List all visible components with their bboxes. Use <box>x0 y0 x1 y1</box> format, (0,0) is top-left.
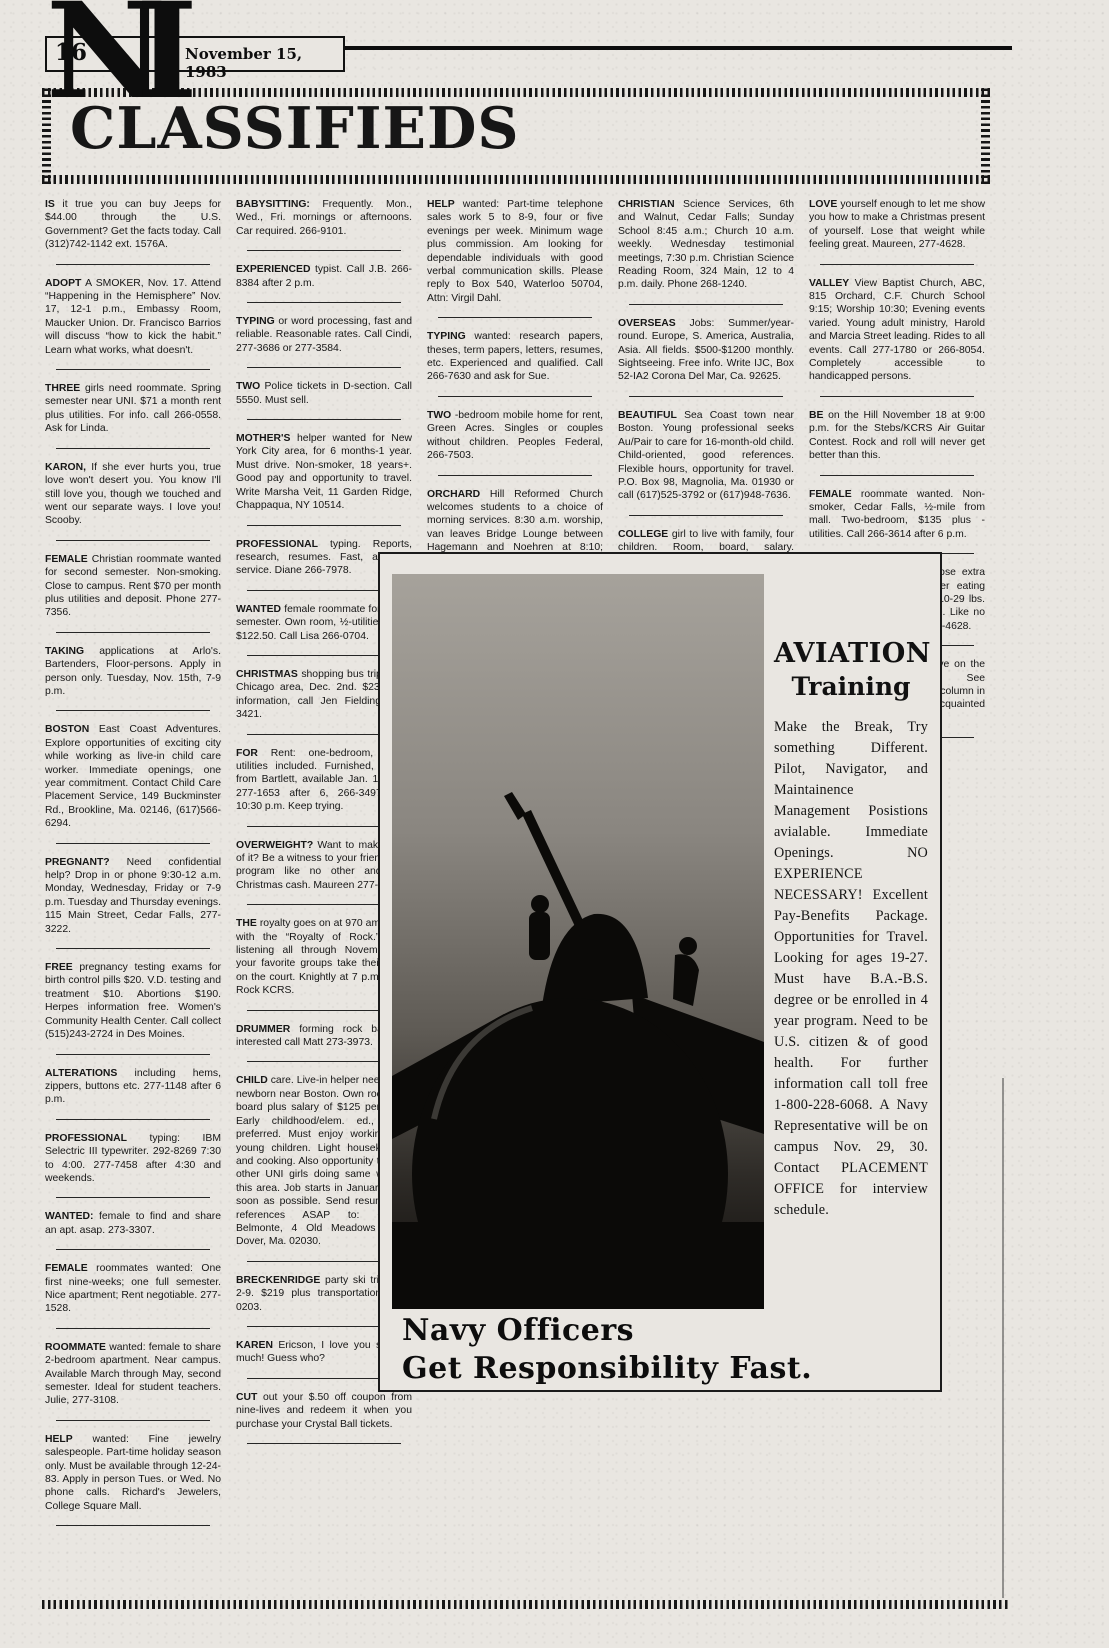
ad-separator <box>820 475 973 476</box>
classified-ad: TWO Police tickets in D-section. Call 55… <box>236 380 412 407</box>
ad-text: East Coast Adventures. Explore opportuni… <box>45 724 221 829</box>
classified-ad: CUT out your $.50 off coupon from nine-l… <box>236 1391 412 1431</box>
header-rule <box>341 46 1012 50</box>
ad-separator <box>56 632 209 633</box>
ad-separator <box>56 948 209 949</box>
ad-lead-word: KAREN <box>236 1340 273 1351</box>
ad-lead-word: PROFESSIONAL <box>236 539 318 550</box>
ad-separator <box>438 475 591 476</box>
ad-text: wanted: Part-time telephone sales work 5… <box>427 199 603 304</box>
ad-lead-word: WANTED <box>236 604 281 615</box>
ad-lead-word: CUT <box>236 1392 257 1403</box>
ad-lead-word: CHRISTIAN <box>618 199 675 210</box>
classified-ad: TAKING applications at Arlo's. Bartender… <box>45 645 221 699</box>
classified-ad: BE on the Hill November 18 at 9:00 p.m. … <box>809 409 985 463</box>
ad-separator <box>247 419 400 420</box>
hatch-border-bottom <box>42 175 990 184</box>
ad-separator <box>629 304 782 305</box>
classified-ad: ADOPT A SMOKER, Nov. 17. Attend “Happeni… <box>45 277 221 357</box>
ad-separator <box>820 264 973 265</box>
ad-lead-word: IS <box>45 199 55 210</box>
ad-separator <box>56 540 209 541</box>
ad-lead-word: CHRISTMAS <box>236 669 298 680</box>
ad-lead-word: FOR <box>236 748 258 759</box>
ad-lead-word: PROFESSIONAL <box>45 1133 127 1144</box>
classified-ad: TYPING wanted: research papers, theses, … <box>427 330 603 384</box>
classified-ad: FEMALE Christian roommate wanted for sec… <box>45 553 221 620</box>
navy-caption-line2: Get Responsibility Fast. <box>402 1350 812 1388</box>
ni-logo-letter-i: I <box>136 0 198 118</box>
classified-ad: HELP wanted: Part-time telephone sales w… <box>427 198 603 305</box>
ad-text: Police tickets in D-section. Call 5550. … <box>236 381 412 405</box>
ad-text: Need confidential help? Drop in or phone… <box>45 857 221 935</box>
ad-lead-word: FEMALE <box>45 554 88 565</box>
page-date: November 15, 1983 <box>185 45 343 81</box>
ad-separator <box>247 1443 400 1444</box>
classified-ad: KARON, If she ever hurts you, true love … <box>45 461 221 528</box>
page-edge-line <box>1002 1078 1004 1598</box>
ad-separator <box>629 396 782 397</box>
classified-ad: TYPING or word processing, fast and reli… <box>236 315 412 355</box>
aircraft-silhouette-illustration <box>392 574 764 1309</box>
ad-separator <box>247 250 400 251</box>
ad-text: Sea Coast town near Boston. Young profes… <box>618 410 794 501</box>
ad-separator <box>247 367 400 368</box>
ad-text: wanted: Fine jewelry salespeople. Part-t… <box>45 1434 221 1512</box>
classified-ad: CHRISTIAN Science Services, 6th and Waln… <box>618 198 794 292</box>
ad-separator <box>56 843 209 844</box>
classified-ad: HELP wanted: Fine jewelry salespeople. P… <box>45 1433 221 1513</box>
classified-ad: FEMALE roommate wanted. Non-smoker, Ceda… <box>809 488 985 542</box>
ad-lead-word: ORCHARD <box>427 489 480 500</box>
classified-ad: LOVE yourself enough to let me show you … <box>809 198 985 252</box>
ad-lead-word: LOVE <box>809 199 837 210</box>
ad-lead-word: VALLEY <box>809 278 849 289</box>
ad-text: Science Services, 6th and Walnut, Cedar … <box>618 199 794 290</box>
ad-separator <box>247 525 400 526</box>
ad-separator <box>56 1328 209 1329</box>
ad-lead-word: ALTERATIONS <box>45 1068 117 1079</box>
ad-lead-word: MOTHER'S <box>236 433 290 444</box>
ad-lead-word: CHILD <box>236 1075 268 1086</box>
navy-caption-line1: Navy Officers <box>402 1312 812 1350</box>
ad-text: View Baptist Church, ABC, 815 Orchard, C… <box>809 278 985 383</box>
ad-text: -bedroom mobile home for rent, Green Acr… <box>427 410 603 461</box>
aviation-body-text: Make the Break, Try something Different.… <box>774 717 928 1221</box>
navy-recruitment-ad: AVIATION Training Make the Break, Try so… <box>378 552 942 1392</box>
ad-lead-word: TWO <box>427 410 451 421</box>
ad-lead-word: FEMALE <box>809 489 852 500</box>
ad-text: helper wanted for New York City area, fo… <box>236 433 412 511</box>
ad-separator <box>56 1420 209 1421</box>
ad-separator <box>56 369 209 370</box>
ad-lead-word: TYPING <box>236 316 275 327</box>
ad-lead-word: FEMALE <box>45 1263 88 1274</box>
aviation-text-column: AVIATION Training Make the Break, Try so… <box>774 638 928 1221</box>
ad-separator <box>56 1197 209 1198</box>
ad-lead-word: TAKING <box>45 646 84 657</box>
ad-text: it true you can buy Jeeps for $44.00 thr… <box>45 199 221 250</box>
ad-lead-word: BEAUTIFUL <box>618 410 677 421</box>
ad-lead-word: OVERSEAS <box>618 318 676 329</box>
ad-lead-word: TYPING <box>427 331 466 342</box>
bottom-hatch-rule <box>42 1600 1010 1609</box>
ad-lead-word: HELP <box>45 1434 73 1445</box>
ad-separator <box>56 1249 209 1250</box>
ad-separator <box>438 317 591 318</box>
ad-lead-word: EXPERIENCED <box>236 264 311 275</box>
classified-ad: FEMALE roommates wanted: One first nine-… <box>45 1262 221 1316</box>
aviation-heading: AVIATION <box>774 638 928 669</box>
ad-lead-word: DRUMMER <box>236 1024 290 1035</box>
ad-lead-word: FREE <box>45 962 73 973</box>
ad-separator <box>56 1525 209 1526</box>
ad-lead-word: BE <box>809 410 823 421</box>
ad-lead-word: BRECKENRIDGE <box>236 1275 320 1286</box>
classified-ad: VALLEY View Baptist Church, ABC, 815 Orc… <box>809 277 985 384</box>
classified-column-1: IS it true you can buy Jeeps for $44.00 … <box>45 198 221 1538</box>
ad-separator <box>820 396 973 397</box>
ad-separator <box>629 515 782 516</box>
navy-ad-caption: Navy Officers Get Responsibility Fast. <box>402 1312 812 1388</box>
aviation-subheading: Training <box>774 672 928 701</box>
classified-ad: BEAUTIFUL Sea Coast town near Boston. Yo… <box>618 409 794 503</box>
ad-lead-word: OVERWEIGHT? <box>236 840 313 851</box>
classified-ad: WANTED: female to find and share an apt.… <box>45 1210 221 1237</box>
ad-text: on the Hill November 18 at 9:00 p.m. for… <box>809 410 985 461</box>
classified-ad: TWO -bedroom mobile home for rent, Green… <box>427 409 603 463</box>
ad-lead-word: WANTED: <box>45 1211 93 1222</box>
ad-lead-word: THE <box>236 918 257 929</box>
ad-lead-word: BOSTON <box>45 724 89 735</box>
aircraft-photo <box>392 574 764 1309</box>
classified-ad: BOSTON East Coast Adventures. Explore op… <box>45 723 221 830</box>
ad-separator <box>56 1119 209 1120</box>
newspaper-page: N I 16 November 15, 1983 CLASSIFIEDS IS … <box>0 0 1109 1648</box>
ad-lead-word: THREE <box>45 383 80 394</box>
ad-lead-word: HELP <box>427 199 455 210</box>
ad-lead-word: KARON, <box>45 462 86 473</box>
classified-ad: PREGNANT? Need confidential help? Drop i… <box>45 856 221 936</box>
classified-ad: EXPERIENCED typist. Call J.B. 266-8384 a… <box>236 263 412 290</box>
classified-ad: FREE pregnancy testing exams for birth c… <box>45 961 221 1041</box>
classified-ad: THREE girls need roommate. Spring semest… <box>45 382 221 436</box>
classified-ad: MOTHER'S helper wanted for New York City… <box>236 432 412 512</box>
ad-separator <box>56 448 209 449</box>
ad-text: A SMOKER, Nov. 17. Attend “Happening in … <box>45 278 221 356</box>
classified-ad: IS it true you can buy Jeeps for $44.00 … <box>45 198 221 252</box>
ad-separator <box>56 1054 209 1055</box>
ad-separator <box>56 710 209 711</box>
classified-ad: ALTERATIONS including hems, zippers, but… <box>45 1067 221 1107</box>
classified-ad: OVERSEAS Jobs: Summer/year-round. Europe… <box>618 317 794 384</box>
ad-separator <box>247 302 400 303</box>
ad-separator <box>56 264 209 265</box>
hatch-border-right <box>981 88 990 184</box>
classified-ad: BABYSITTING: Frequently. Mon., Wed., Fri… <box>236 198 412 238</box>
ad-lead-word: PREGNANT? <box>45 857 110 868</box>
ad-text: pregnancy testing exams for birth contro… <box>45 962 221 1040</box>
classified-ad: ROOMMATE wanted: female to share 2-bedro… <box>45 1341 221 1408</box>
ad-text: out your $.50 off coupon from nine-lives… <box>236 1392 412 1430</box>
ad-lead-word: COLLEGE <box>618 529 668 540</box>
ad-separator <box>438 396 591 397</box>
ad-lead-word: TWO <box>236 381 260 392</box>
classified-ad: PROFESSIONAL typing: IBM Selectric III t… <box>45 1132 221 1186</box>
ad-lead-word: ADOPT <box>45 278 81 289</box>
ad-lead-word: ROOMMATE <box>45 1342 106 1353</box>
ad-lead-word: BABYSITTING: <box>236 199 310 210</box>
